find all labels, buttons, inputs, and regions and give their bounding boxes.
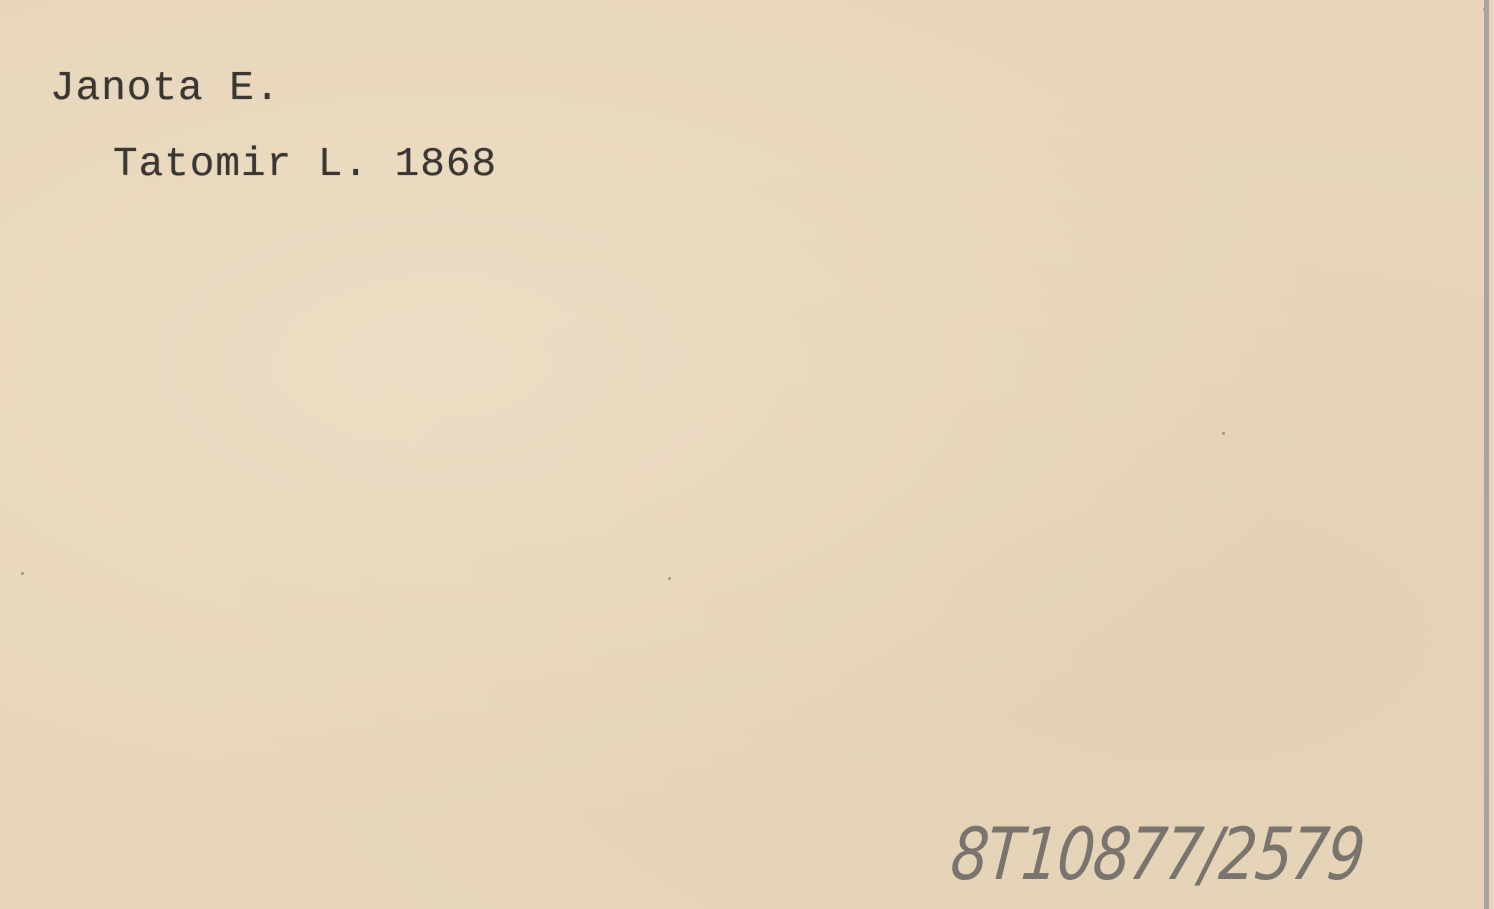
title-line: Tatomir L. 1868 [113, 142, 497, 188]
paper-speck [1222, 432, 1225, 435]
author-line: Janota E. [50, 66, 280, 112]
handwritten-call-number: 8T10877/2579 [948, 812, 1367, 896]
paper-speck [21, 572, 24, 575]
scan-edge [1484, 0, 1489, 909]
paper-speck [668, 577, 671, 580]
catalog-card: Janota E. Tatomir L. 1868 8T10877/2579 [0, 0, 1489, 909]
